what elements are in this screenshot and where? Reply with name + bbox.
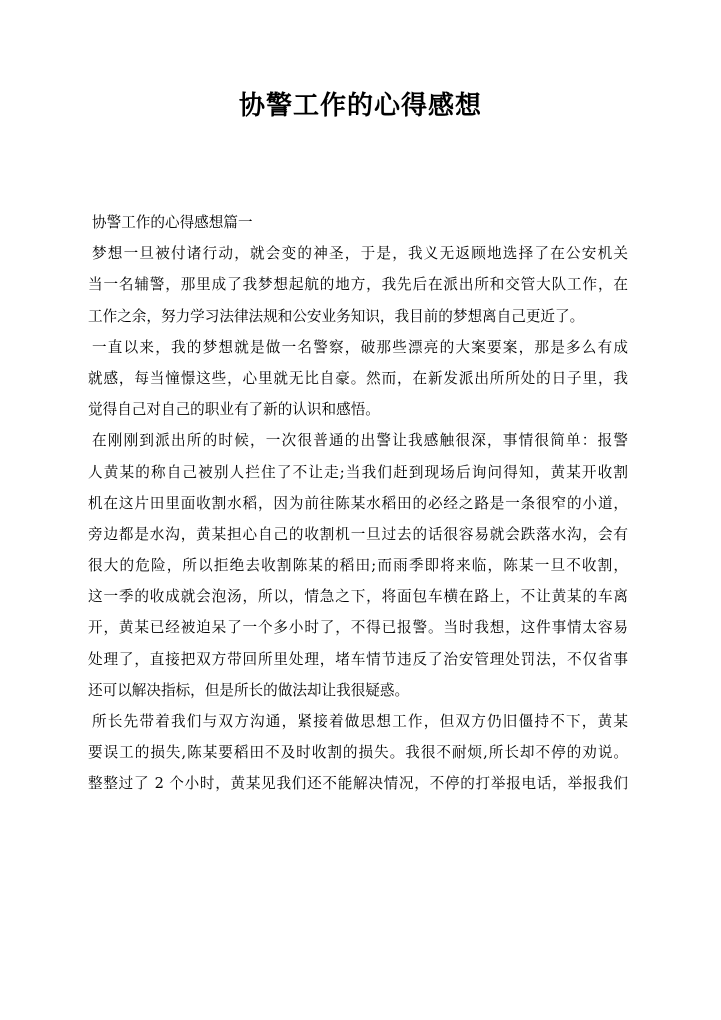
paragraph-2-line-2: 就感，每当憧憬这些，心里就无比自豪。然而，在新发派出所所处的日子里，我 <box>88 363 628 394</box>
paragraph-3-line-5: 很大的危险，所以拒绝去收割陈某的稻田;而雨季即将来临，陈某一旦不收割， <box>88 550 628 581</box>
paragraph-3-line-8: 处理了，直接把双方带回所里处理，堵车情节违反了治安管理处罚法，不仅省事 <box>88 644 628 675</box>
paragraph-3-line-9: 还可以解决指标，但是所长的做法却让我很疑惑。 <box>88 675 628 706</box>
section-heading: 协警工作的心得感想篇一 <box>88 207 628 238</box>
paragraph-2-line-3: 觉得自己对自己的职业有了新的认识和感悟。 <box>88 394 628 425</box>
paragraph-3-line-4: 旁边都是水沟，黄某担心自己的收割机一旦过去的话很容易就会跌落水沟，会有 <box>88 519 628 550</box>
paragraph-1-line-1: 梦想一旦被付诸行动，就会变的神圣，于是，我义无返顾地选择了在公安机关 <box>88 238 628 269</box>
paragraph-3-line-2: 人黄某的称自己被别人拦住了不让走;当我们赶到现场后询问得知，黄某开收割 <box>88 457 628 488</box>
document-title: 协警工作的心得感想 <box>0 88 721 124</box>
paragraph-2-line-1: 一直以来，我的梦想就是做一名警察，破那些漂亮的大案要案，那是多么有成 <box>88 332 628 363</box>
document-page: 协警工作的心得感想 协警工作的心得感想篇一 梦想一旦被付诸行动，就会变的神圣，于… <box>0 0 721 1020</box>
paragraph-4-line-1: 所长先带着我们与双方沟通，紧接着做思想工作，但双方仍旧僵持不下，黄某 <box>88 706 628 737</box>
paragraph-1-line-3: 工作之余，努力学习法律法规和公安业务知识，我目前的梦想离自己更近了。 <box>88 301 628 332</box>
paragraph-3-line-6: 这一季的收成就会泡汤，所以，情急之下，将面包车横在路上，不让黄某的车离 <box>88 581 628 612</box>
paragraph-3-line-1: 在刚刚到派出所的时候，一次很普通的出警让我感触很深，事情很简单：报警 <box>88 425 628 456</box>
paragraph-3-line-3: 机在这片田里面收割水稻，因为前往陈某水稻田的必经之路是一条很窄的小道， <box>88 488 628 519</box>
paragraph-3-line-7: 开，黄某已经被迫呆了一个多小时了，不得已报警。当时我想，这件事情太容易 <box>88 612 628 643</box>
paragraph-4-line-2: 要误工的损失,陈某要稻田不及时收割的损失。我很不耐烦,所长却不停的劝说。 <box>88 737 628 768</box>
paragraph-1-line-2: 当一名辅警，那里成了我梦想起航的地方，我先后在派出所和交管大队工作，在 <box>88 269 628 300</box>
document-body: 协警工作的心得感想篇一 梦想一旦被付诸行动，就会变的神圣，于是，我义无返顾地选择… <box>88 207 628 800</box>
paragraph-4-line-3: 整整过了 2 个小时，黄某见我们还不能解决情况，不停的打举报电话，举报我们 <box>88 768 628 799</box>
